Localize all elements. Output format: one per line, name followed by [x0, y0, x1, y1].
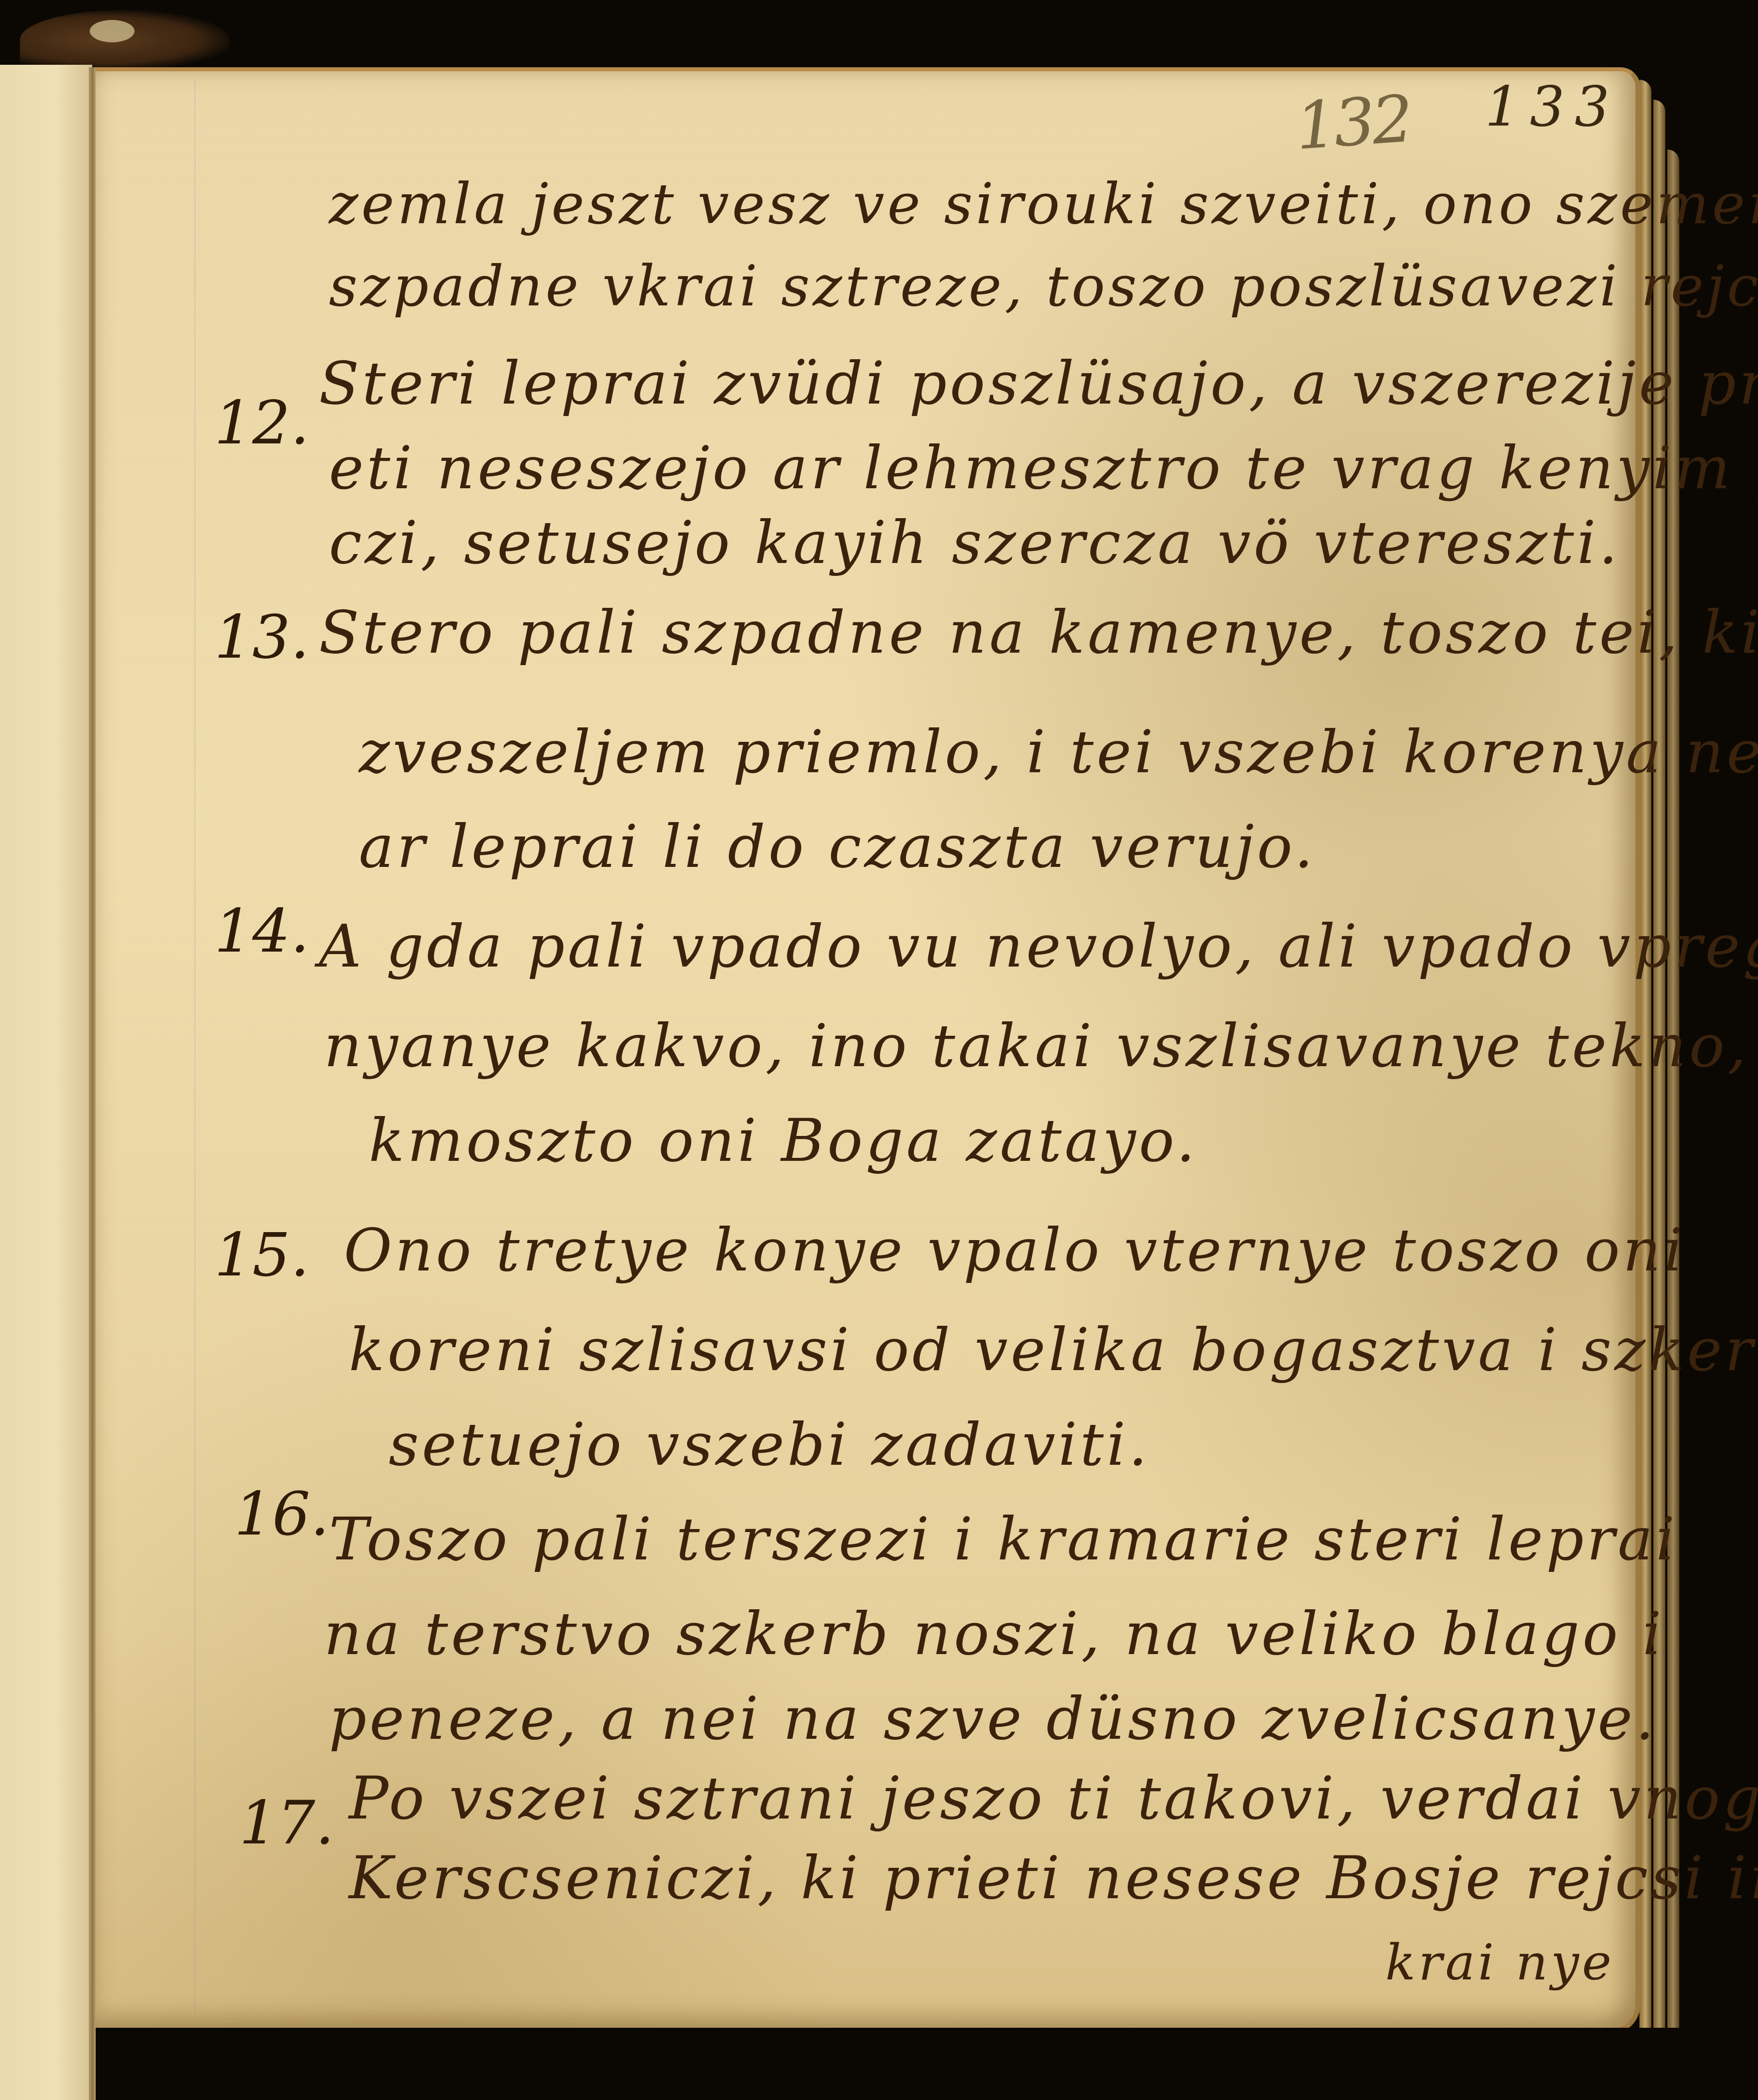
text-line: kmoszto oni Boga zatayo.: [369, 1106, 1198, 1175]
text-line: Ono tretye konye vpalo vternye toszo oni: [344, 1216, 1686, 1284]
verse-number: 13.: [214, 603, 309, 672]
text-line: Toszo pali terszezi i kramarie steri lep…: [329, 1505, 1678, 1573]
text-line: czi, setusejo kayih szercza vö vtereszti…: [329, 508, 1620, 577]
text-line: Stero pali szpadne na kamenye, toszo tei…: [319, 598, 1758, 667]
text-line: nyanye kakvo, ino takai vszlisavanye tek…: [324, 1011, 1749, 1080]
catchword: krai nye: [1385, 1933, 1614, 1991]
text-line: Steri leprai zvüdi poszlüsajo, a vszerez…: [319, 349, 1758, 418]
text-line: zemla jeszt vesz ve sirouki szveiti, ono…: [329, 172, 1758, 237]
text-line: Po vszei sztrani jeszo ti takovi, verdai…: [349, 1764, 1758, 1832]
text-line: peneze, a nei na szve düsno zvelicsanye.: [329, 1684, 1657, 1753]
text-line: koreni szlisavsi od velika bogasztva i s…: [349, 1315, 1758, 1384]
text-line: eti neseszejo ar lehmesztro te vrag keny…: [329, 433, 1758, 502]
manuscript-text: zemla jeszt vesz ve sirouki szveiti, ono…: [0, 0, 1758, 2100]
text-line: na terstvo szkerb noszi, na veliko blago…: [324, 1599, 1664, 1668]
text-line: A gda pali vpado vu nevolyo, ali vpado v…: [319, 912, 1758, 980]
text-line: zveszeljem priemlo, i tei vszebi korenya…: [359, 717, 1758, 786]
verse-number: 17.: [239, 1789, 334, 1858]
verse-number: 14.: [214, 897, 309, 966]
verse-number: 16.: [234, 1480, 329, 1549]
text-line: setuejo vszebi zadaviti.: [389, 1410, 1150, 1479]
text-line: szpadne vkrai sztreze, toszo poszlüsavez…: [329, 254, 1758, 319]
text-line: ar leprai li do czaszta verujo.: [359, 812, 1316, 881]
verse-number: 12.: [214, 389, 309, 458]
text-line: Kerscseniczi, ki prieti nesese Bosje rej…: [349, 1843, 1758, 1912]
verse-number: 15.: [214, 1221, 309, 1290]
